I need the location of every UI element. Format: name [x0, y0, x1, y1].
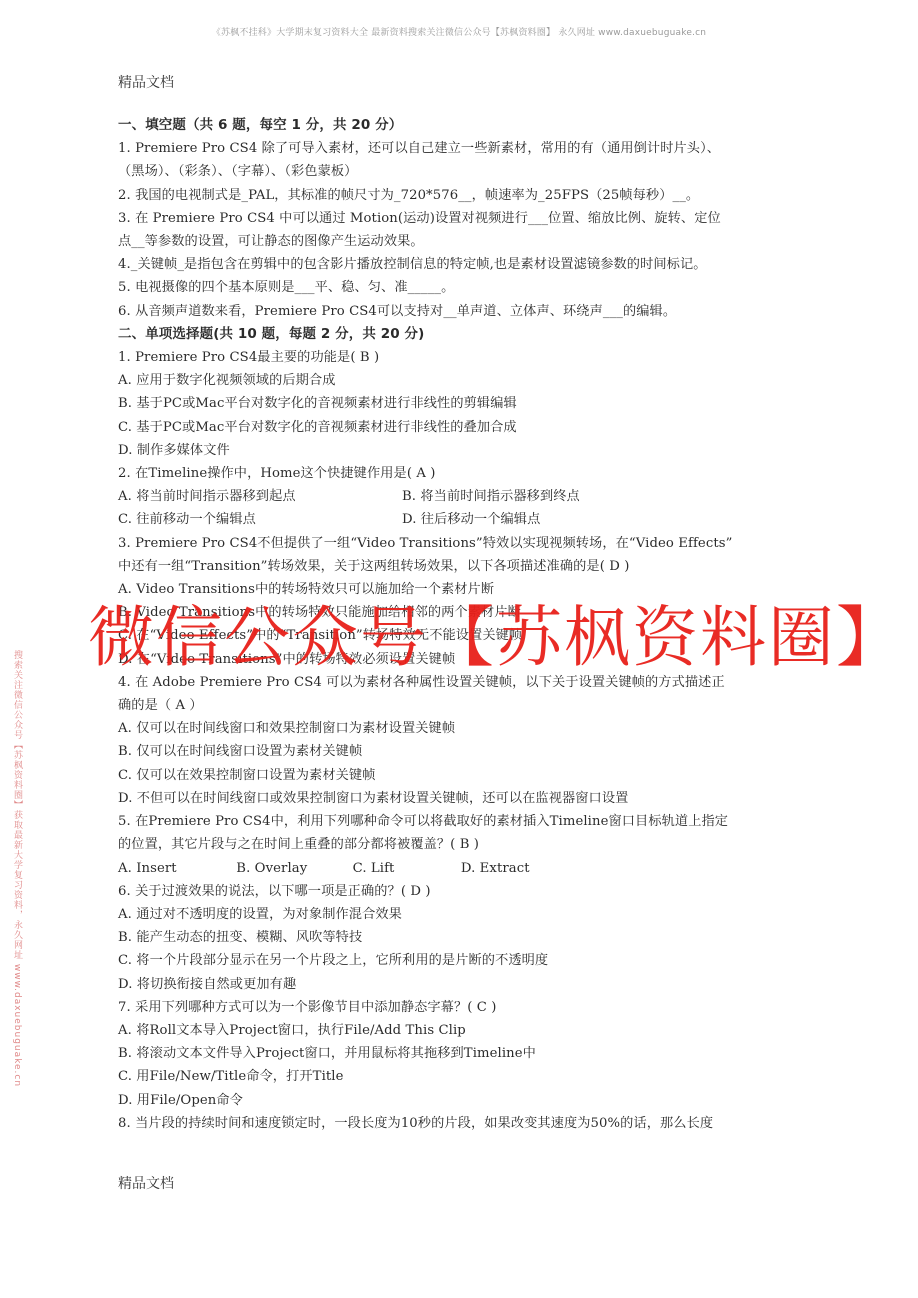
question-2: 2. 在Timeline操作中，Home这个快捷键作用是( A ): [118, 462, 818, 485]
header-label: 精品文档: [118, 72, 174, 92]
option: B. 基于PC或Mac平台对数字化的音视频素材进行非线性的剪辑编辑: [118, 392, 818, 415]
option-row: A. Insert B. Overlay C. Lift D. Extract: [118, 857, 818, 880]
question-1: 1. Premiere Pro CS4最主要的功能是( B ): [118, 346, 818, 369]
option: D. 往后移动一个编辑点: [402, 508, 540, 531]
option: C. 将一个片段部分显示在另一个片段之上，它所利用的是片断的不透明度: [118, 949, 818, 972]
fill-line: 点__等参数的设置，可让静态的图像产生运动效果。: [118, 230, 818, 253]
option: A. 仅可以在时间线窗口和效果控制窗口为素材设置关键帧: [118, 717, 818, 740]
question-7: 7. 采用下列哪种方式可以为一个影像节目中添加静态字幕？( C ): [118, 996, 818, 1019]
option: C. 基于PC或Mac平台对数字化的音视频素材进行非线性的叠加合成: [118, 416, 818, 439]
option: A. 通过对不透明度的设置，为对象制作混合效果: [118, 903, 818, 926]
option: D. 用File/Open命令: [118, 1089, 818, 1112]
option: C. 仅可以在效果控制窗口设置为素材关键帧: [118, 764, 818, 787]
fill-line: （黑场）、（彩条）、（字幕）、（彩色蒙板）: [118, 160, 818, 183]
option-row: A. 将当前时间指示器移到起点 B. 将当前时间指示器移到终点: [118, 485, 818, 508]
option: C. 用File/New/Title命令，打开Title: [118, 1065, 818, 1088]
question-5-cont: 的位置，其它片段与之在时间上重叠的部分都将被覆盖？( B ): [118, 833, 818, 856]
option: A. Insert: [118, 857, 232, 880]
question-4-cont: 确的是（ A ）: [118, 694, 818, 717]
option: A. 将Roll文本导入Project窗口，执行File/Add This Cl…: [118, 1019, 818, 1042]
question-6: 6. 关于过渡效果的说法，以下哪一项是正确的？( D ): [118, 880, 818, 903]
option: B. 仅可以在时间线窗口设置为素材关键帧: [118, 740, 818, 763]
option: C. 往前移动一个编辑点: [118, 508, 402, 531]
question-8: 8. 当片段的持续时间和速度锁定时，一段长度为10秒的片段，如果改变其速度为50…: [118, 1112, 818, 1135]
section-title-choice: 二、单项选择题(共 10 题，每题 2 分，共 20 分): [118, 323, 818, 346]
fill-line: 1. Premiere Pro CS4 除了可导入素材，还可以自己建立一些新素材…: [118, 137, 818, 160]
section-title-fill-in: 一、填空题（共 6 题，每空 1 分，共 20 分）: [118, 114, 818, 137]
watermark-overlay: 微信公众号【苏枫资料圈】: [88, 598, 808, 678]
option: A. 将当前时间指示器移到起点: [118, 485, 402, 508]
option: B. 能产生动态的扭变、模糊、风吹等特技: [118, 926, 818, 949]
footer-label: 精品文档: [118, 1173, 174, 1193]
option: B. Overlay: [236, 857, 348, 880]
top-banner: 《苏枫不挂科》大学期末复习资料大全 最新资料搜索关注微信公众号【苏枫资料圈】 永…: [0, 25, 918, 38]
option: D. Extract: [461, 857, 530, 880]
option-row: C. 往前移动一个编辑点 D. 往后移动一个编辑点: [118, 508, 818, 531]
fill-line: 2. 我国的电视制式是_PAL，其标准的帧尺寸为_720*576__，帧速率为_…: [118, 184, 818, 207]
option: D. 制作多媒体文件: [118, 439, 818, 462]
side-banner: 搜索关注微信公众号【苏枫资料圈】获取最新大学复习资料，永久网址 www.daxu…: [10, 650, 24, 1087]
question-3-cont: 中还有一组“Transition”转场效果，关于这两组转场效果，以下各项描述准确…: [118, 555, 818, 578]
question-3: 3. Premiere Pro CS4不但提供了一组“Video Transit…: [118, 532, 818, 555]
fill-line: 4._关键帧_是指包含在剪辑中的包含影片播放控制信息的特定帧,也是素材设置滤镜参…: [118, 253, 818, 276]
option: D. 将切换衔接自然或更加有趣: [118, 973, 818, 996]
option: B. 将滚动文本文件导入Project窗口，并用鼠标将其拖移到Timeline中: [118, 1042, 818, 1065]
option: C. Lift: [353, 857, 457, 880]
option: B. 将当前时间指示器移到终点: [402, 485, 580, 508]
question-5: 5. 在Premiere Pro CS4中，利用下列哪种命令可以将截取好的素材插…: [118, 810, 818, 833]
fill-line: 3. 在 Premiere Pro CS4 中可以通过 Motion(运动)设置…: [118, 207, 818, 230]
option: A. 应用于数字化视频领域的后期合成: [118, 369, 818, 392]
fill-line: 5. 电视摄像的四个基本原则是___平、稳、匀、准_____。: [118, 276, 818, 299]
option: D. 不但可以在时间线窗口或效果控制窗口为素材设置关键帧，还可以在监视器窗口设置: [118, 787, 818, 810]
fill-line: 6. 从音频声道数来看，Premiere Pro CS4可以支持对__单声道、立…: [118, 300, 818, 323]
